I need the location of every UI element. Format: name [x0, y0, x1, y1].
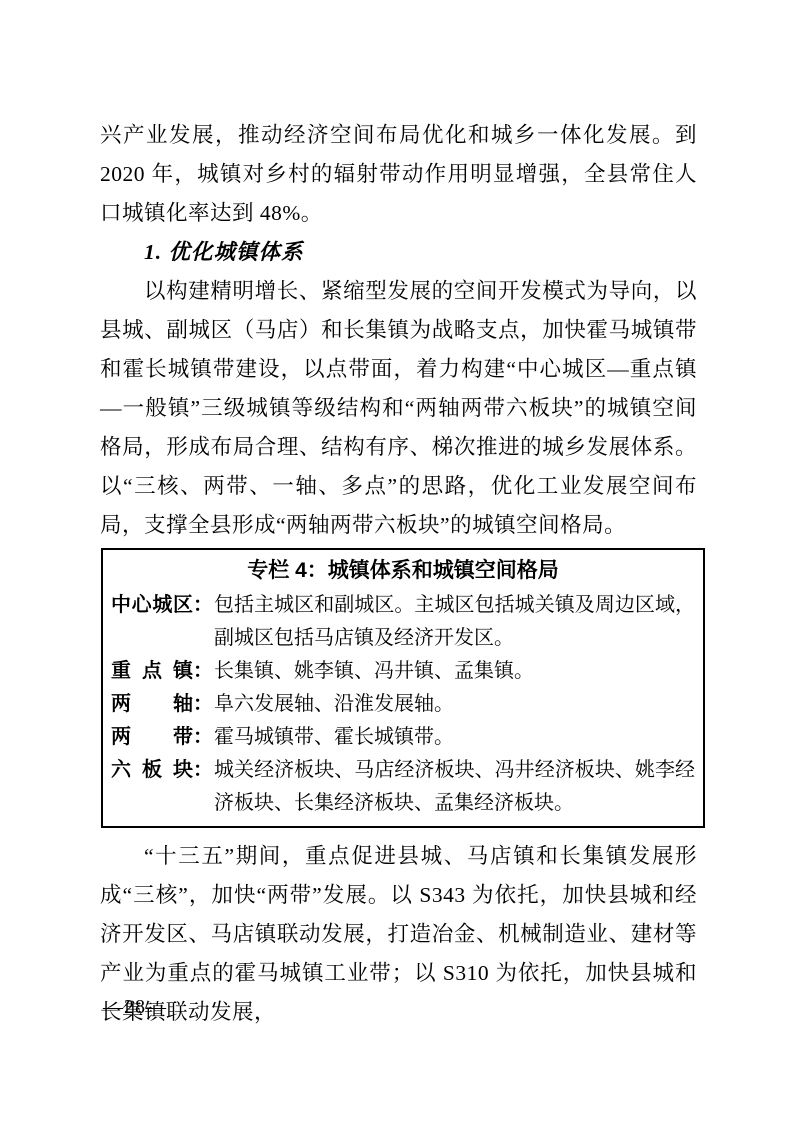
- section-heading: 1. 优化城镇体系: [100, 233, 697, 272]
- panel-row-two-belts: 两带 ： 霍马城镇带、霍长城镇带。: [111, 721, 695, 754]
- panel-row-colon: ：: [193, 688, 214, 721]
- panel-row-six-blocks: 六板块 ： 城关经济板块、马店经济板块、冯井经济板块、姚李经济板块、长集经济板块…: [111, 754, 695, 820]
- panel-row-label: 两轴: [111, 688, 193, 721]
- paragraph-thirteenth-five-year: “十三五”期间，重点促进县城、马店镇和长集镇发展形成“三核”，加快“两带”发展。…: [100, 837, 697, 1032]
- panel-row-text: 城关经济板块、马店经济板块、冯井经济板块、姚李经济板块、长集经济板块、孟集经济板…: [214, 754, 695, 820]
- page-content: 兴产业发展，推动经济空间布局优化和城乡一体化发展。到 2020 年，城镇对乡村的…: [100, 116, 697, 1032]
- panel-row-label: 六板块: [111, 754, 193, 820]
- panel-row-text: 霍马城镇带、霍长城镇带。: [214, 721, 695, 754]
- panel-row-text: 包括主城区和副城区。主城区包括城关镇及周边区域，副城区包括马店镇及经济开发区。: [214, 589, 695, 655]
- paragraph-continuation: 兴产业发展，推动经济空间布局优化和城乡一体化发展。到 2020 年，城镇对乡村的…: [100, 116, 697, 233]
- panel-row-colon: ：: [193, 655, 214, 688]
- callout-box-title: 专栏 4：城镇体系和城镇空间格局: [111, 552, 695, 589]
- document-page: 兴产业发展，推动经济空间布局优化和城乡一体化发展。到 2020 年，城镇对乡村的…: [0, 0, 793, 1122]
- page-number: —28—: [103, 995, 167, 1019]
- panel-row-label: 重点镇: [111, 655, 193, 688]
- panel-row-text: 长集镇、姚李镇、冯井镇、孟集镇。: [214, 655, 695, 688]
- panel-row-label: 两带: [111, 721, 193, 754]
- panel-row-colon: ：: [193, 589, 214, 655]
- panel-row-colon: ：: [193, 721, 214, 754]
- panel-row-central-district: 中心城区 ： 包括主城区和副城区。主城区包括城关镇及周边区域，副城区包括马店镇及…: [111, 589, 695, 655]
- panel-row-label: 中心城区: [111, 589, 193, 655]
- panel-row-text: 阜六发展轴、沿淮发展轴。: [214, 688, 695, 721]
- panel-row-key-towns: 重点镇 ： 长集镇、姚李镇、冯井镇、孟集镇。: [111, 655, 695, 688]
- paragraph-urban-system: 以构建精明增长、紧缩型发展的空间开发模式为导向，以县城、副城区（马店）和长集镇为…: [100, 272, 697, 545]
- panel-row-colon: ：: [193, 754, 214, 820]
- callout-box-column4: 专栏 4：城镇体系和城镇空间格局 中心城区 ： 包括主城区和副城区。主城区包括城…: [101, 548, 705, 828]
- panel-row-two-axes: 两轴 ： 阜六发展轴、沿淮发展轴。: [111, 688, 695, 721]
